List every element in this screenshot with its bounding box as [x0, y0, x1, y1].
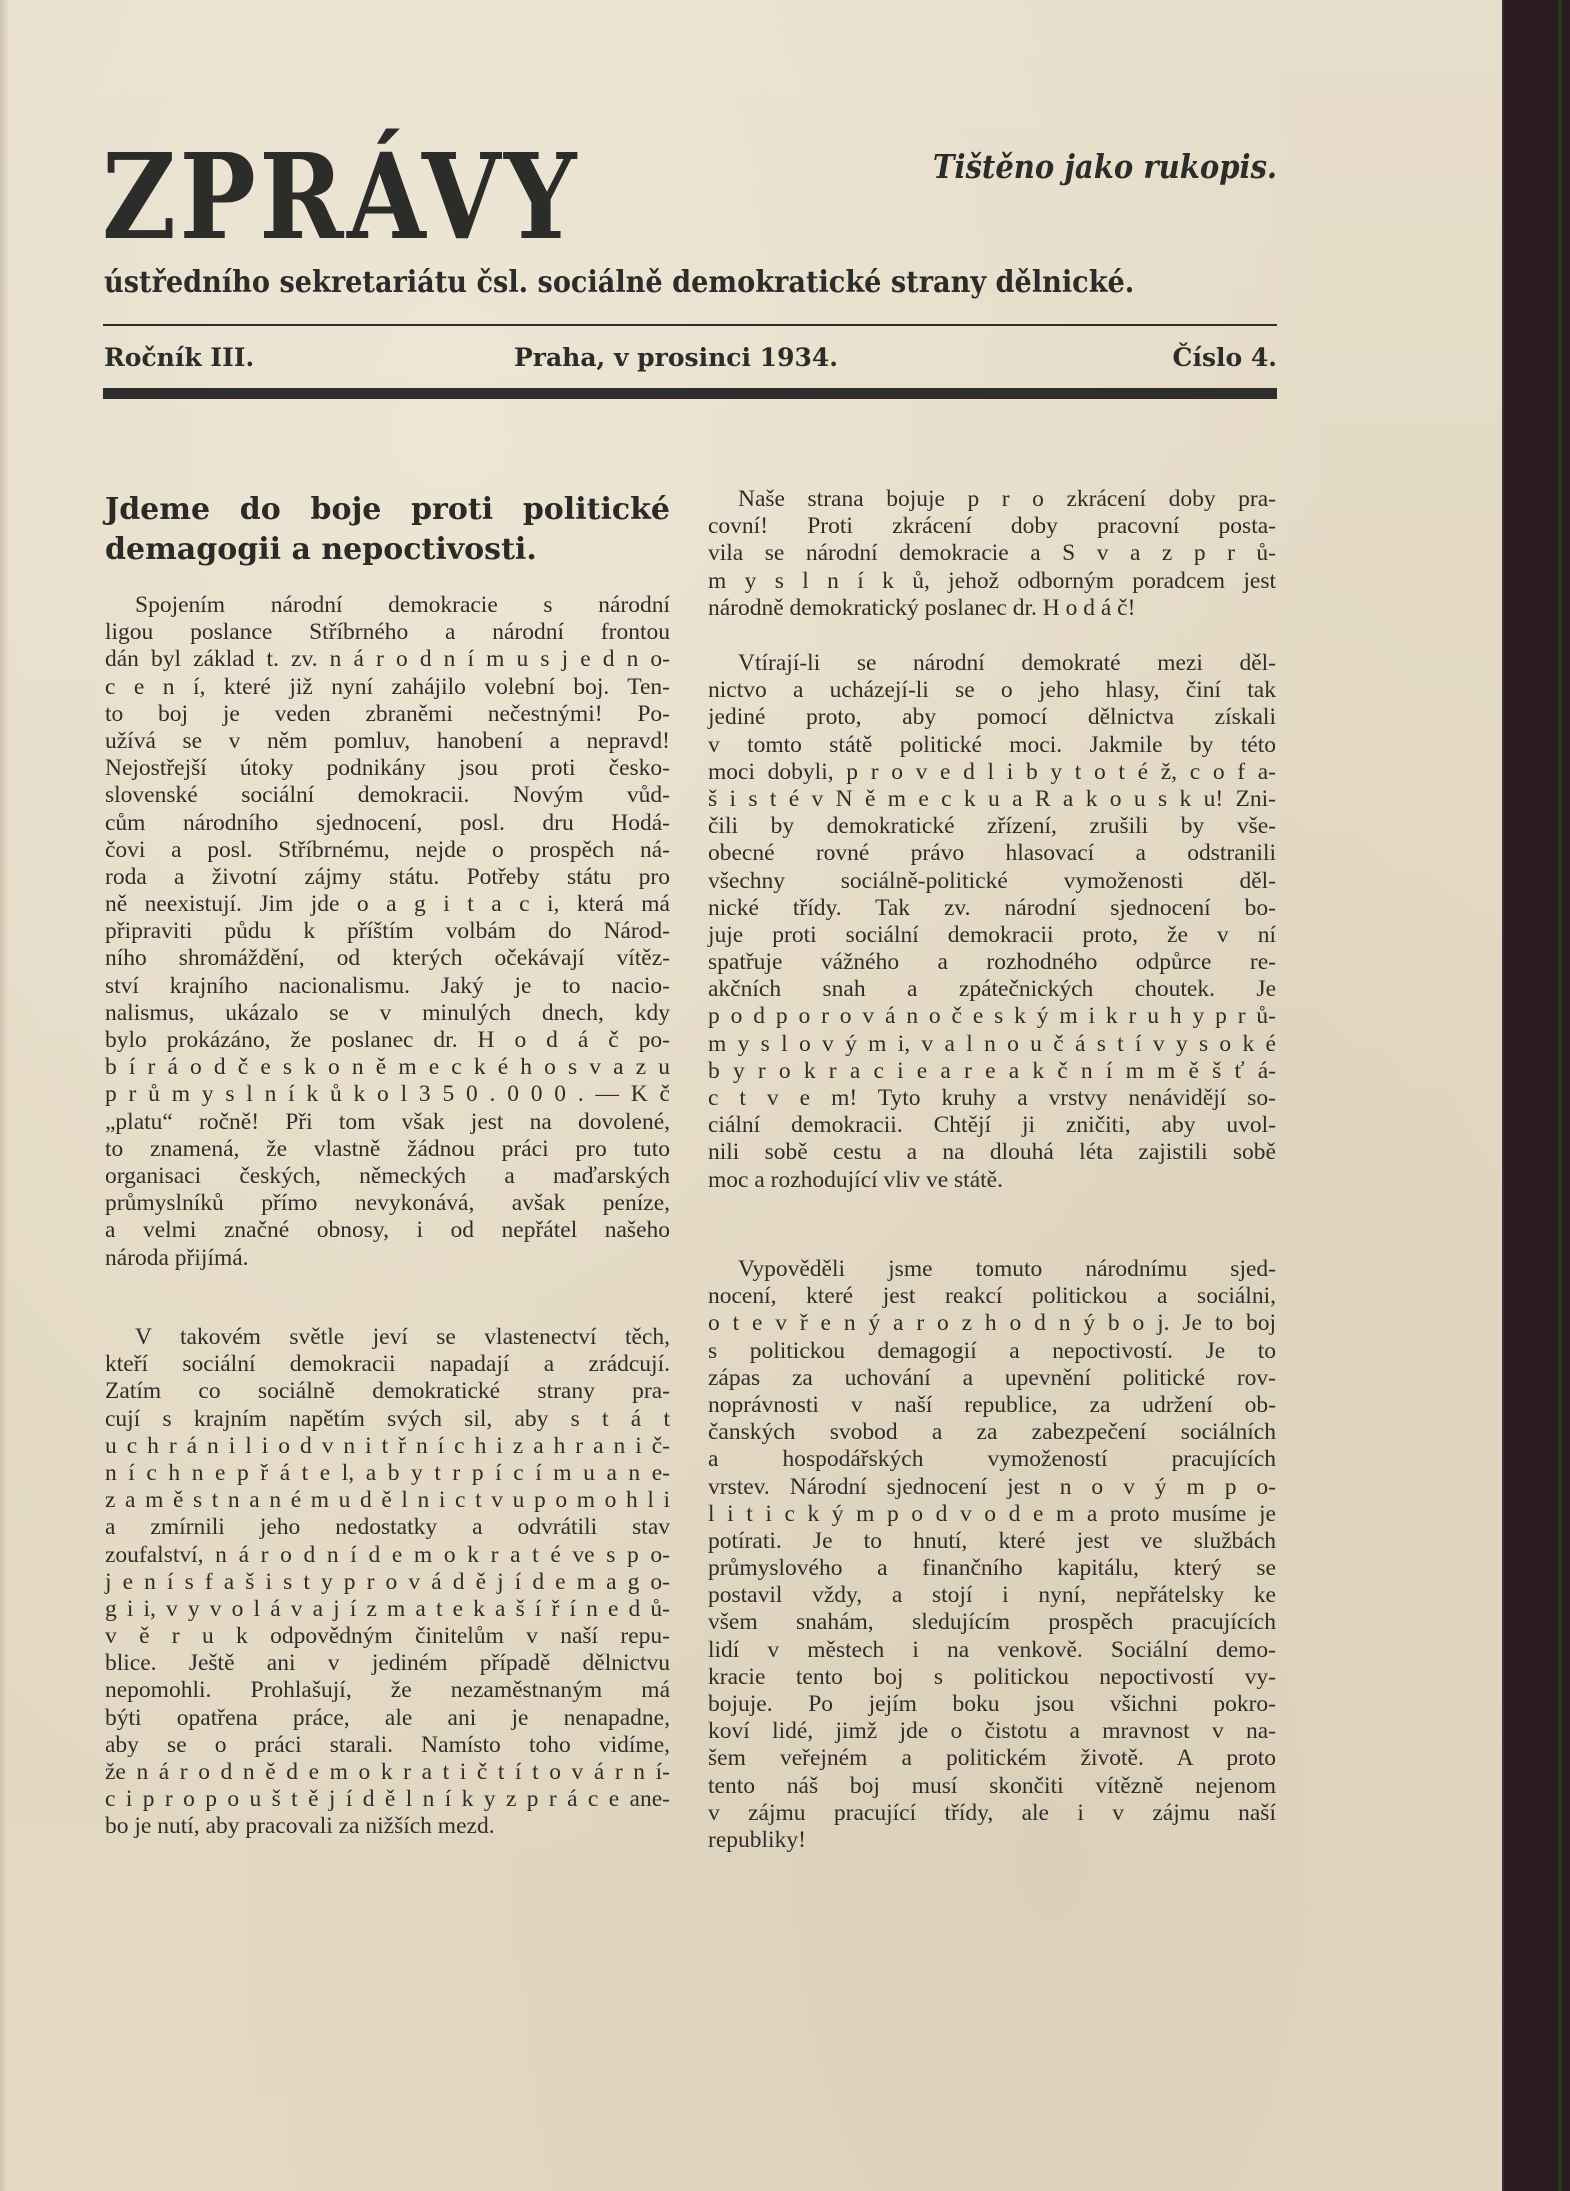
- text-line: ního shromáždění, od kterých očekávají v…: [105, 945, 670, 972]
- text-line: ciální demokracii. Chtějí ji zničiti, ab…: [708, 1112, 1276, 1139]
- masthead-title: ZPRÁVY: [102, 138, 580, 256]
- text-line: ství krajního nacionalismu. Jaký je to n…: [105, 973, 670, 1000]
- text-line: nalismus, ukázalo se v minulých dnech, k…: [105, 1000, 670, 1027]
- masthead-subtitle: ústředního sekretariátu čsl. sociálně de…: [104, 268, 1277, 298]
- text-line: čanských svobod a za zabezpečení sociáln…: [708, 1419, 1276, 1446]
- text-line: připraviti půdu k příštím volbám do Náro…: [105, 918, 670, 945]
- masthead-subtitle-text: ústředního sekretariátu čsl. sociálně de…: [104, 268, 1134, 298]
- text-line: z a m ě s t n a n é m u d ě l n i c t v …: [105, 1487, 670, 1514]
- text-line: čili by demokratické zřízení, zrušili by…: [708, 813, 1276, 840]
- text-line: to boj je veden zbraněmi nečestnými! Po-: [105, 701, 670, 728]
- text-line: juje proti sociální demokracii proto, že…: [708, 922, 1276, 949]
- text-line: Spojením národní demokracie s národní: [105, 592, 670, 619]
- text-line: g i i, v y v o l á v a j í z m a t e k a…: [105, 1596, 670, 1623]
- text-line: a zmírnili jeho nedostatky a odvrátili s…: [105, 1514, 670, 1541]
- paragraph: Naše strana bojuje p r o zkrácení doby p…: [708, 486, 1276, 622]
- text-line: aby se o práci starali. Namísto toho vid…: [105, 1732, 670, 1759]
- text-line: p o d p o r o v á n o č e s k ý m i k r …: [708, 1003, 1276, 1030]
- date-label: Praha, v prosinci 1934.: [514, 343, 838, 372]
- text-line: blice. Ještě ani v jediném případě dělni…: [105, 1650, 670, 1677]
- text-line: býti opatřena práce, ale ani je nenapadn…: [105, 1705, 670, 1732]
- text-line: bojuje. Po jejím boku jsou všichni pokro…: [708, 1691, 1276, 1718]
- text-line: lidí v městech i na venkově. Sociální de…: [708, 1637, 1276, 1664]
- text-line: kteří sociální demokracii napadají a zrá…: [105, 1351, 670, 1378]
- text-line: s politickou demagogií a nepoctivostí. J…: [708, 1338, 1276, 1365]
- text-line: V takovém světle jeví se vlastenectví tě…: [105, 1324, 670, 1351]
- text-line: organisaci českých, německých a maďarský…: [105, 1163, 670, 1190]
- issue-meta-row: Ročník III. Praha, v prosinci 1934. Čísl…: [104, 343, 1277, 377]
- text-line: c t v e m! Tyto kruhy a vrstvy nenáviděj…: [708, 1085, 1276, 1112]
- text-line: a velmi značné obnosy, i od nepřátel naš…: [105, 1217, 670, 1244]
- text-line: l i t i c k ý m p o d v o d e m a proto …: [708, 1501, 1276, 1528]
- text-line: b y r o k r a c i e a r e a k č n í m m …: [708, 1058, 1276, 1085]
- text-line: kracie tento boj s politickou nepoctivos…: [708, 1664, 1276, 1691]
- text-line: c i p r o p o u š t ě j í d ě l n í k y …: [105, 1786, 670, 1813]
- text-line: moci dobyli, p r o v e d l i b y t o t é…: [708, 759, 1276, 786]
- masthead-note: Tištěno jako rukopis.: [933, 150, 1277, 183]
- text-line: průmyslového a finančního kapitálu, kter…: [708, 1555, 1276, 1582]
- text-line: akčních snah a zpátečnických choutek. Je: [708, 976, 1276, 1003]
- text-line: roda a životní zájmy státu. Potřeby stát…: [105, 864, 670, 891]
- text-line: slovenské sociální demokracii. Novým vůd…: [105, 782, 670, 809]
- article-heading-line: Jdeme do boje proti politické: [105, 490, 670, 530]
- text-line: národa přijímá.: [105, 1245, 670, 1272]
- text-line: že n á r o d n ě d e m o k r a t i č t í…: [105, 1759, 670, 1786]
- text-line: bylo prokázáno, že poslanec dr. H o d á …: [105, 1027, 670, 1054]
- text-line: postavil vždy, a stojí i nyní, nepřátels…: [708, 1582, 1276, 1609]
- text-line: Naše strana bojuje p r o zkrácení doby p…: [708, 486, 1276, 513]
- text-line: o t e v ř e n ý a r o z h o d n ý b o j.…: [708, 1310, 1276, 1337]
- text-line: užívá se v něm pomluv, hanobení a neprav…: [105, 728, 670, 755]
- text-line: tento náš boj musí skončiti vítězně neje…: [708, 1773, 1276, 1800]
- page-left-edge: [0, 0, 8, 2191]
- text-line: v ě r u k odpovědným činitelům v naší re…: [105, 1623, 670, 1650]
- article-heading: Jdeme do boje proti politické demagogii …: [105, 490, 670, 570]
- text-line: m y s l n í k ů, jehož odborným poradcem…: [708, 568, 1276, 595]
- text-line: ně neexistují. Jim jde o a g i t a c i, …: [105, 891, 670, 918]
- text-line: nictvo a ucházejí-li se o jeho hlasy, či…: [708, 677, 1276, 704]
- text-line: republiky!: [708, 1827, 1276, 1854]
- text-line: nocení, které jest reakcí politickou a s…: [708, 1283, 1276, 1310]
- text-line: v tomto státě politické moci. Jakmile by…: [708, 732, 1276, 759]
- text-line: c e n í, které již nyní zahájilo volební…: [105, 674, 670, 701]
- masthead-thin-rule: [103, 324, 1277, 326]
- article-heading-line: demagogii a nepoctivosti.: [105, 530, 670, 570]
- text-line: covní! Proti zkrácení doby pracovní post…: [708, 513, 1276, 540]
- text-line: průmyslníků přímo nevykonává, avšak pení…: [105, 1190, 670, 1217]
- text-line: vrstev. Národní sjednocení jest n o v ý …: [708, 1474, 1276, 1501]
- text-line: národně demokratický poslanec dr. H o d …: [708, 595, 1276, 622]
- paragraph: Vtírají-li se národní demokraté mezi děl…: [708, 650, 1276, 1194]
- text-line: jediné proto, aby pomocí dělnictva získa…: [708, 704, 1276, 731]
- text-line: všechny sociálně-politické vymoženosti d…: [708, 868, 1276, 895]
- text-line: zoufalství, n á r o d n í d e m o k r a …: [105, 1542, 670, 1569]
- text-line: obecné rovné právo hlasovací a odstranil…: [708, 840, 1276, 867]
- issue-number-label: Číslo 4.: [1173, 343, 1277, 372]
- text-line: čovi a posl. Stříbrnému, nejde o prospěc…: [105, 837, 670, 864]
- text-line: š i s t é v N ě m e c k u a R a k o u s …: [708, 786, 1276, 813]
- text-line: všem snahám, sledujícím prospěch pracují…: [708, 1609, 1276, 1636]
- text-line: ligou poslance Stříbrného a národní fron…: [105, 619, 670, 646]
- text-line: u c h r á n i l i o d v n i t ř n í c h …: [105, 1433, 670, 1460]
- text-line: koví lidé, jimž jde o čistotu a mravnost…: [708, 1718, 1276, 1745]
- text-line: a hospodářských vymožeností pracujících: [708, 1446, 1276, 1473]
- text-line: j e n í s f a š i s t y p r o v á d ě j …: [105, 1569, 670, 1596]
- text-line: zápas za uchování a upevnění politické r…: [708, 1365, 1276, 1392]
- paragraph: Vypověděli jsme tomuto národnímu sjed-no…: [708, 1256, 1276, 1854]
- text-line: to znamená, že vlastně žádnou práci pro …: [105, 1136, 670, 1163]
- masthead-thick-rule: [103, 388, 1277, 399]
- text-line: moc a rozhodující vliv ve státě.: [708, 1167, 1276, 1194]
- text-line: nické třídy. Tak zv. národní sjednocení …: [708, 895, 1276, 922]
- text-line: „platu“ ročně! Při tom však jest na dovo…: [105, 1109, 670, 1136]
- text-line: v zájmu pracující třídy, ale i v zájmu n…: [708, 1800, 1276, 1827]
- text-line: Zatím co sociálně demokratické strany pr…: [105, 1378, 670, 1405]
- text-line: spatřuje vážného a rozhodného odpůrce re…: [708, 949, 1276, 976]
- text-line: cují s krajním napětím svých sil, aby s …: [105, 1406, 670, 1433]
- text-line: noprávnosti v naší republice, za udržení…: [708, 1392, 1276, 1419]
- text-line: vila se národní demokracie a S v a z p r…: [708, 540, 1276, 567]
- paragraph: Spojením národní demokracie s národnílig…: [105, 592, 670, 1272]
- text-line: Nejostřejší útoky podnikány jsou proti č…: [105, 755, 670, 782]
- text-line: n í c h n e p ř á t e l, a b y t r p í c…: [105, 1460, 670, 1487]
- text-line: Vtírají-li se národní demokraté mezi děl…: [708, 650, 1276, 677]
- binding-green-edge: [1558, 0, 1562, 2191]
- text-line: p r ů m y s l n í k ů k o l 3 5 0 . 0 0 …: [105, 1081, 670, 1108]
- text-line: dán byl základ t. zv. n á r o d n í m u …: [105, 646, 670, 673]
- paragraph: V takovém světle jeví se vlastenectví tě…: [105, 1324, 670, 1841]
- text-line: šem veřejném a politickém životě. A prot…: [708, 1745, 1276, 1772]
- text-line: bo je nutí, aby pracovali za nižších mez…: [105, 1813, 670, 1840]
- volume-label: Ročník III.: [104, 343, 254, 372]
- text-line: nili sobě cestu a na dlouhá léta zajisti…: [708, 1139, 1276, 1166]
- text-line: m y s l o v ý m i, v a l n o u č á s t í…: [708, 1031, 1276, 1058]
- text-line: nepomohli. Prohlašují, že nezaměstnaným …: [105, 1677, 670, 1704]
- text-line: b í r á o d č e s k o n ě m e c k é h o …: [105, 1054, 670, 1081]
- text-line: cům národního sjednocení, posl. dru Hodá…: [105, 810, 670, 837]
- text-line: Vypověděli jsme tomuto národnímu sjed-: [708, 1256, 1276, 1283]
- text-line: potírati. Je to hnutí, které jest ve slu…: [708, 1528, 1276, 1555]
